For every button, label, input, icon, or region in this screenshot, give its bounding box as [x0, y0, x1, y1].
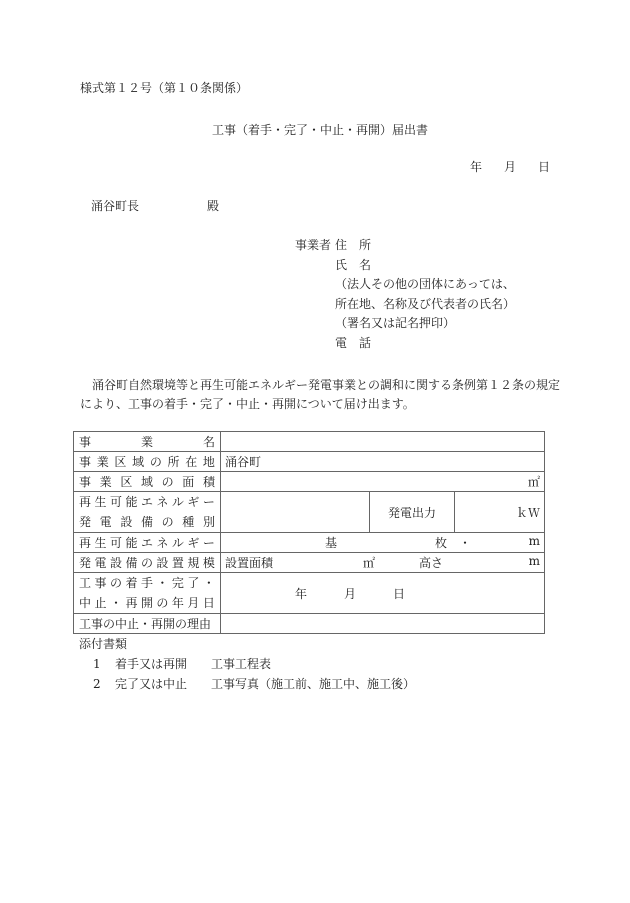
output-field[interactable]: ｋＷ: [455, 492, 545, 533]
application-table: 事業名 事業区域の所在地 涌谷町 事業区域の面積 ㎡ 再生可能エネルギー発電設備…: [73, 431, 545, 634]
table-row: 再生可能エネルギー発電設備の種別 発電出力 ｋＷ: [74, 492, 545, 533]
form-number: 様式第１２号（第１０条関係）: [80, 81, 248, 95]
work-year: 年: [295, 585, 307, 602]
attachment-item: 1 着手又は再開 工事工程表: [93, 657, 271, 671]
facility-type-field[interactable]: [221, 492, 370, 533]
date-month: 月: [504, 160, 516, 174]
height-label: 高さ: [419, 554, 529, 571]
date-day: 日: [538, 160, 550, 174]
count-unit: 基: [325, 534, 435, 551]
project-name-field[interactable]: [221, 432, 545, 452]
label-facility-scale-1: 再生可能エネルギー: [74, 533, 221, 553]
applicant-heading: 事業者: [295, 238, 335, 258]
label-facility-type: 再生可能エネルギー発電設備の種別: [74, 492, 221, 533]
address-label: 住 所: [335, 238, 371, 258]
output-unit: ｋＷ: [516, 506, 540, 520]
phone-label: 電 話: [335, 336, 371, 356]
label-project-location: 事業区域の所在地: [74, 452, 221, 472]
work-date-field[interactable]: 年 月 日: [221, 573, 545, 614]
height-unit: m: [529, 554, 540, 571]
area-unit: ㎡: [528, 475, 540, 489]
applicant-block: 事業者住 所 氏 名 （法人その他の団体にあっては、 所在地、名称及び代表者の氏…: [295, 238, 515, 355]
output-label: 発電出力: [370, 492, 455, 533]
table-row: 工事の着手・完了・中止・再開の年月日 年 月 日: [74, 573, 545, 614]
panels-unit: 枚 ・: [435, 534, 529, 551]
label-work-date: 工事の着手・完了・中止・再開の年月日: [74, 573, 221, 614]
name-label: 氏 名: [335, 258, 371, 278]
facility-scale-line1[interactable]: 基 枚 ・ m: [221, 533, 545, 553]
project-area-field[interactable]: ㎡: [221, 472, 545, 492]
attachment-item: 2 完了又は中止 工事写真（施工前、施工中、施工後）: [93, 677, 415, 691]
meter-unit: m: [529, 534, 540, 551]
table-row: 再生可能エネルギー 基 枚 ・ m: [74, 533, 545, 553]
label-reason: 工事の中止・再開の理由: [74, 614, 221, 634]
facility-scale-line2[interactable]: 設置面積 ㎡ 高さ m: [221, 553, 545, 573]
work-day: 日: [393, 585, 405, 602]
install-area-label: 設置面積: [225, 554, 363, 571]
table-row: 事業区域の所在地 涌谷町: [74, 452, 545, 472]
label-project-name: 事業名: [74, 432, 221, 452]
corp-note-2: 所在地、名称及び代表者の氏名）: [335, 297, 515, 317]
table-row: 発電設備の設置規模 設置面積 ㎡ 高さ m: [74, 553, 545, 573]
reason-field[interactable]: [221, 614, 545, 634]
corp-note-1: （法人その他の団体にあっては、: [335, 277, 515, 297]
declaration-text: 涌谷町自然環境等と再生可能エネルギー発電事業との調和に関する条例第１２条の規定に…: [80, 376, 560, 414]
submission-date: 年 月 日: [470, 160, 550, 174]
addressee-name: 涌谷町長: [91, 199, 139, 213]
label-project-area: 事業区域の面積: [74, 472, 221, 492]
label-facility-scale-2: 発電設備の設置規模: [74, 553, 221, 573]
sign-note: （署名又は記名押印）: [335, 316, 455, 336]
attachments-heading: 添付書類: [79, 637, 127, 651]
document-title: 工事（着手・完了・中止・再開）届出書: [212, 123, 428, 137]
work-month: 月: [344, 585, 356, 602]
table-row: 工事の中止・再開の理由: [74, 614, 545, 634]
date-year: 年: [470, 160, 482, 174]
table-row: 事業区域の面積 ㎡: [74, 472, 545, 492]
project-location-field[interactable]: 涌谷町: [221, 452, 545, 472]
install-area-unit: ㎡: [363, 554, 419, 571]
addressee-honorific: 殿: [207, 199, 219, 213]
table-row: 事業名: [74, 432, 545, 452]
